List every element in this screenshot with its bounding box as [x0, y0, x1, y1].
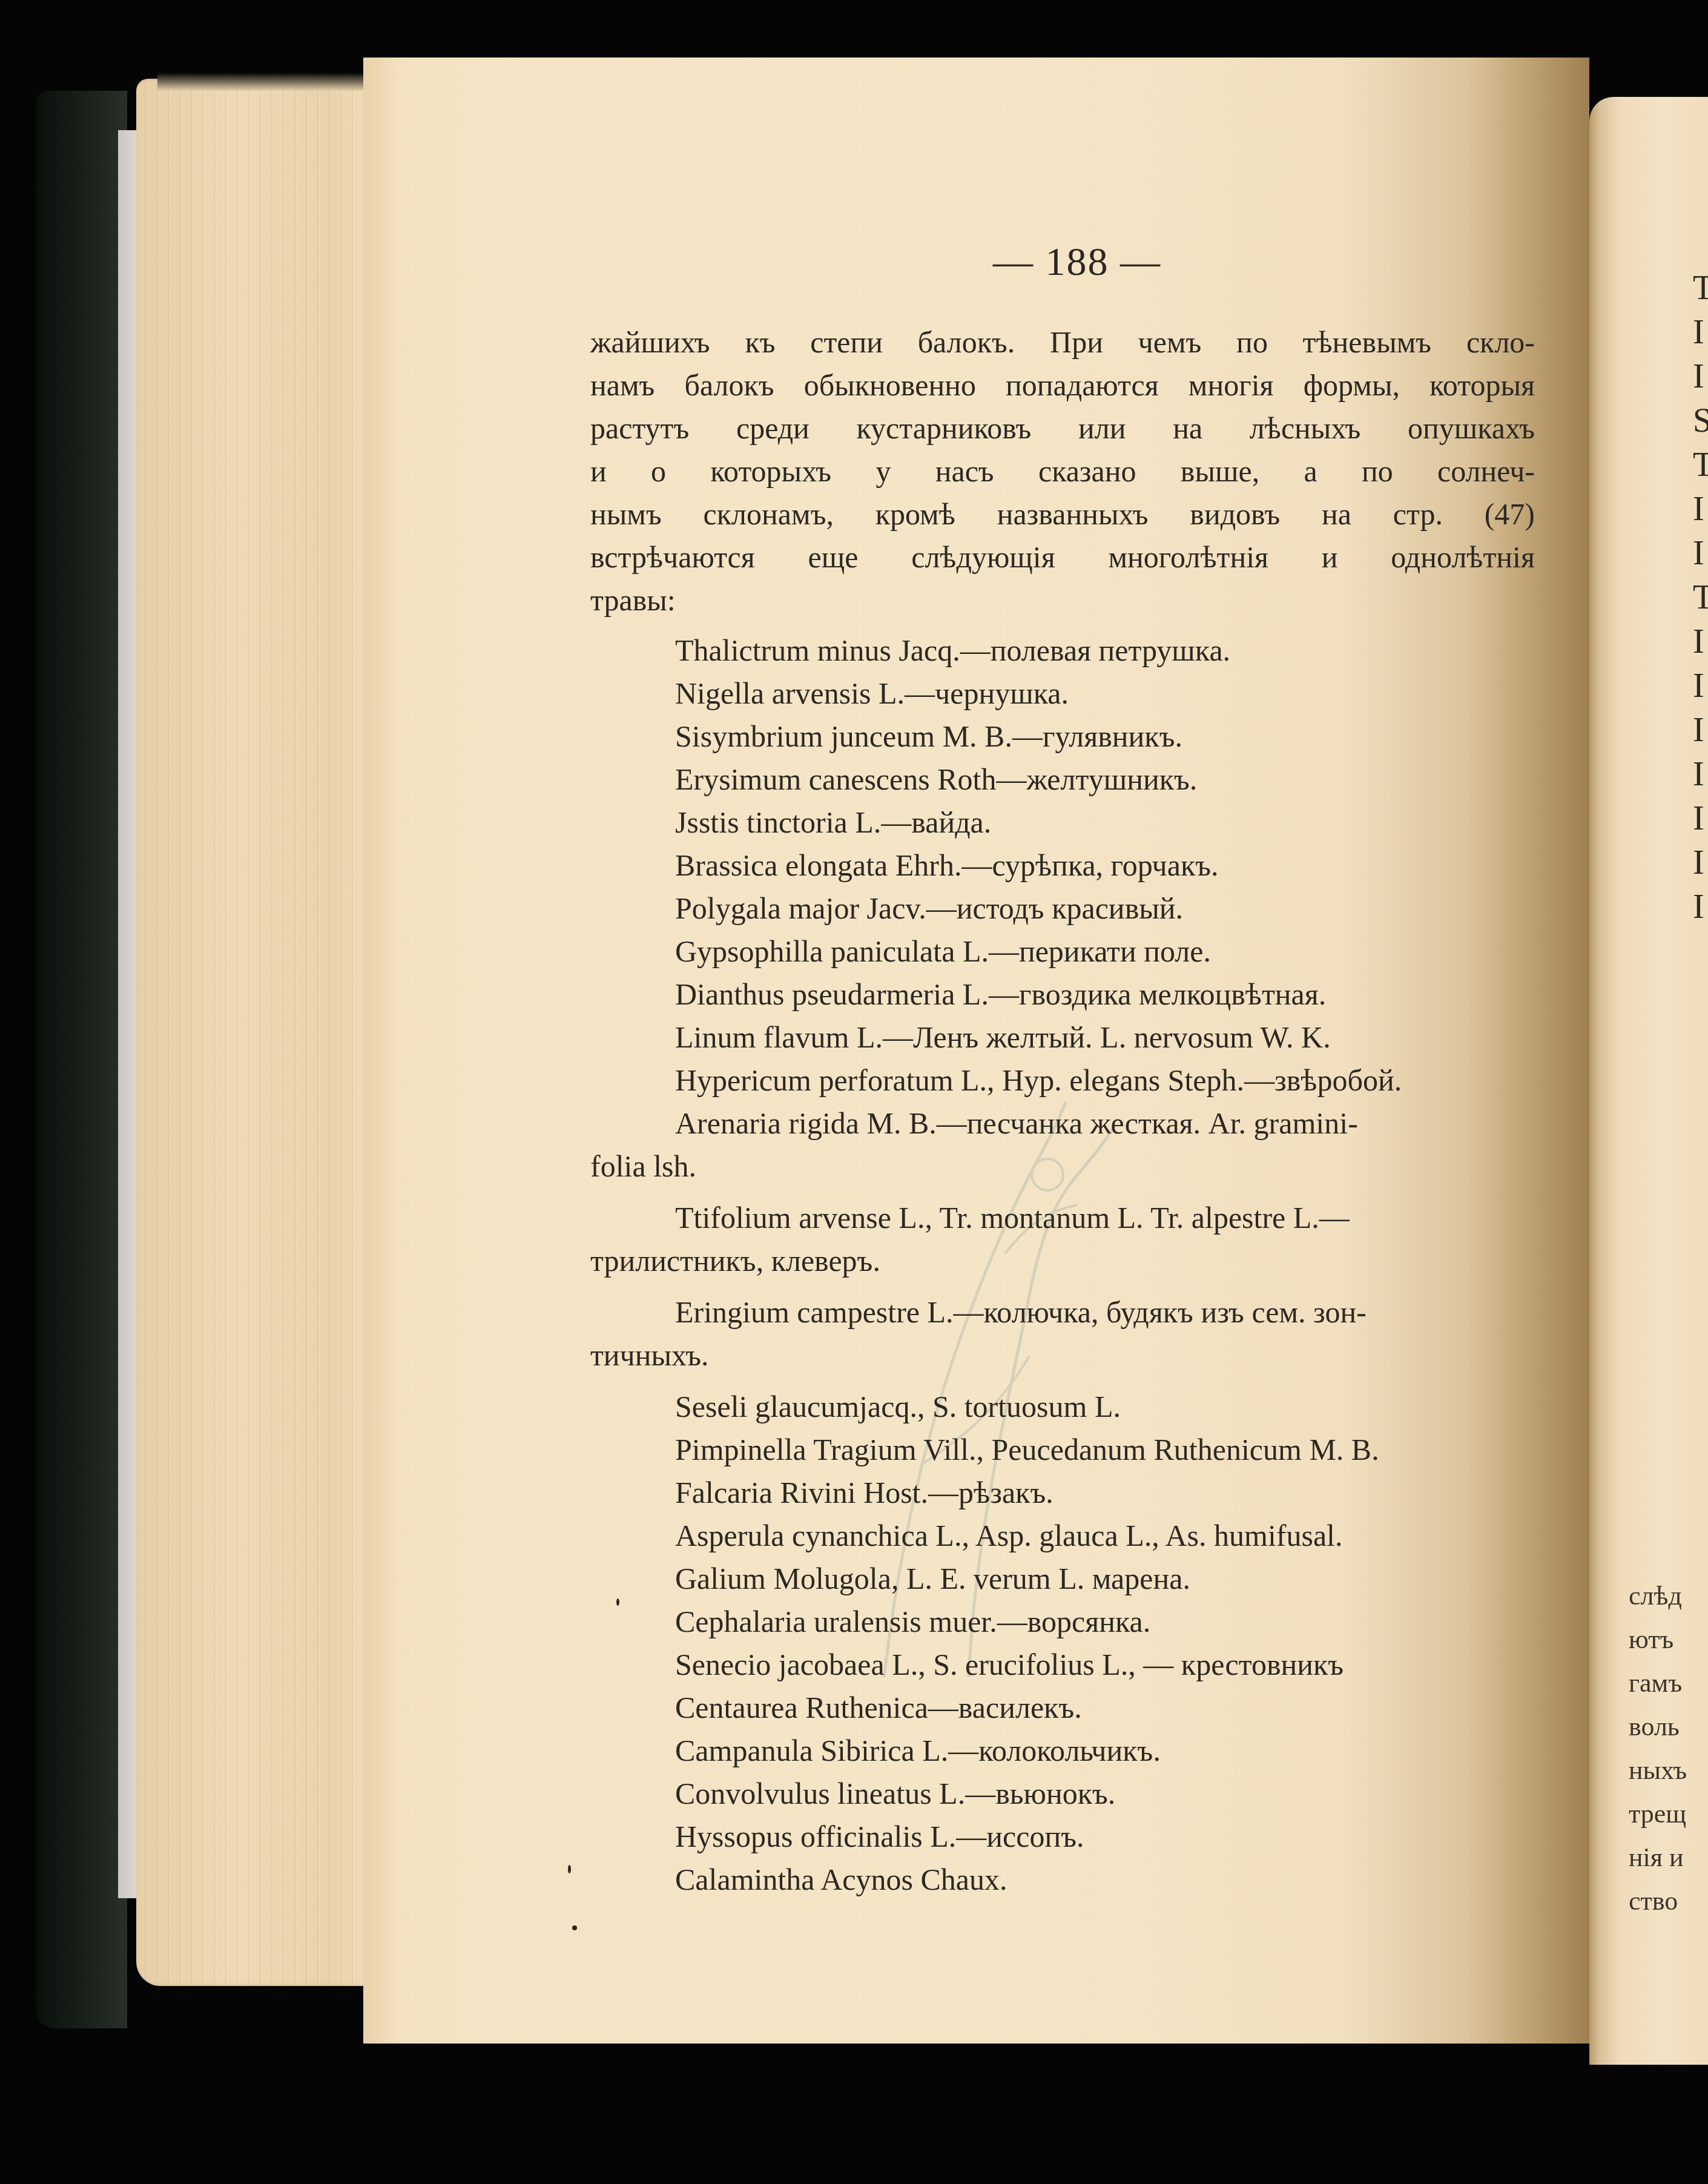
right-page-line: гамъ	[1629, 1661, 1687, 1705]
species-entry-continuation: трилистникъ, клеверъ.	[590, 1239, 1535, 1282]
right-page-line: трещ	[1629, 1792, 1687, 1836]
species-entry: Calamintha Acynos Chaux.	[590, 1858, 1535, 1901]
species-entry: Gypsophilla paniculata L.—перикати поле.	[590, 930, 1535, 973]
species-entry: Galium Molugola, L. E. verum L. марена.	[590, 1557, 1535, 1600]
species-entry: Ttifolium arvense L., Tr. montanum L. Tr…	[590, 1196, 1535, 1239]
right-page-line: ство	[1629, 1879, 1687, 1923]
page-body: жайшихъ къ степи балокъ. При чемъ по тѣн…	[590, 321, 1535, 1901]
species-entry-continuation: folia lsh.	[590, 1145, 1535, 1188]
paragraph-line: намъ балокъ обыкновенно попадаются многі…	[590, 364, 1535, 407]
paper-speck	[572, 1925, 577, 1930]
paragraph-line: растутъ среди кустарниковъ или на лѣсных…	[590, 407, 1535, 450]
species-entry: Thalictrum minus Jacq.—полевая петрушка.	[590, 629, 1535, 672]
species-entry: Arenaria rigida M. B.—песчанка жесткая. …	[590, 1102, 1535, 1145]
right-page-line: ютъ	[1629, 1618, 1687, 1661]
right-page-text-fragment: слѣд ютъ гамъ воль ныхъ трещ нія и ство	[1629, 1574, 1687, 1923]
paper-speck	[616, 1598, 619, 1606]
paragraph-line: и о которыхъ у насъ сказано выше, а по с…	[590, 450, 1535, 493]
species-entry: Seseli glaucumjacq., S. tortuosum L.	[590, 1385, 1535, 1428]
species-entry: Eringium campestre L.—колючка, будякъ из…	[590, 1291, 1535, 1334]
species-entry: Cephalaria uralensis muer.—ворсянка.	[590, 1600, 1535, 1643]
right-page-line: ныхъ	[1629, 1749, 1687, 1792]
page-number: — 188 —	[993, 239, 1161, 285]
species-entry: Hyssopus officinalis L.—иссопъ.	[590, 1815, 1535, 1858]
species-list: Thalictrum minus Jacq.—полевая петрушка.…	[590, 629, 1535, 1901]
paragraph-line: встрѣчаются еще слѣдующія многолѣтнія и …	[590, 536, 1535, 579]
species-entry: Senecio jacobaea L., S. erucifolius L., …	[590, 1643, 1535, 1686]
species-entry: Sisymbrium junceum M. B.—гулявникъ.	[590, 715, 1535, 758]
book-cover-edge	[36, 91, 127, 2028]
species-entry: Polygala major Jacv.—истодъ красивый.	[590, 887, 1535, 930]
species-entry: Linum flavum L.—Ленъ желтый. L. nervosum…	[590, 1016, 1535, 1059]
right-page-line: нія и	[1629, 1836, 1687, 1879]
paragraph-line: нымъ склонамъ, кромѣ названныхъ видовъ н…	[590, 493, 1535, 536]
species-entry: Erysimum canescens Roth—желтушникъ.	[590, 758, 1535, 801]
page-stack-top	[157, 73, 381, 91]
species-entry: Brassica elongata Ehrh.—сурѣпка, горчакъ…	[590, 844, 1535, 887]
paragraph-line: жайшихъ къ степи балокъ. При чемъ по тѣн…	[590, 321, 1535, 364]
left-page-fore-edge	[363, 58, 400, 2044]
right-page-line: слѣд	[1629, 1574, 1687, 1618]
species-entry: Nigella arvensis L.—чернушка.	[590, 672, 1535, 715]
species-entry: Dianthus pseudarmeria L.—гвоздика мелкоц…	[590, 973, 1535, 1016]
right-page-line: воль	[1629, 1705, 1687, 1749]
species-entry: Falcaria Rivini Host.—рѣзакъ.	[590, 1471, 1535, 1514]
species-entry: Pimpinella Tragium Vill., Peucedanum Rut…	[590, 1428, 1535, 1471]
species-entry: Centaurea Ruthenica—василекъ.	[590, 1686, 1535, 1729]
right-page-line-starts: Т I I S Т I I Т I I I I I I I	[1693, 266, 1708, 929]
species-entry: Campanula Sibirica L.—колокольчикъ.	[590, 1729, 1535, 1772]
species-entry: Hypericum perforatum L., Hyp. elegans St…	[590, 1059, 1535, 1102]
paper-speck	[568, 1865, 571, 1873]
paragraph-line: травы:	[590, 579, 1535, 622]
page-stack-edges	[136, 79, 378, 1986]
species-entry-continuation: тичныхъ.	[590, 1334, 1535, 1377]
intro-paragraph: жайшихъ къ степи балокъ. При чемъ по тѣн…	[590, 321, 1535, 622]
species-entry: Convolvulus lineatus L.—вьюнокъ.	[590, 1772, 1535, 1815]
species-entry: Asperula cynanchica L., Asp. glauca L., …	[590, 1514, 1535, 1557]
species-entry: Jsstis tinctoria L.—вайда.	[590, 801, 1535, 844]
